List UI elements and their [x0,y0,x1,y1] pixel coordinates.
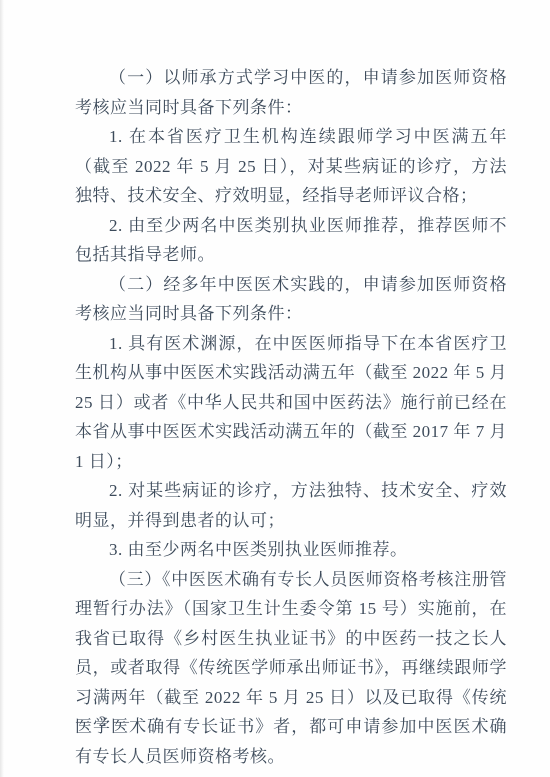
document-page: （一）以师承方式学习中医的，申请参加医师资格考核应当同时具备下列条件： 1. 在… [0,0,550,777]
document-body: （一）以师承方式学习中医的，申请参加医师资格考核应当同时具备下列条件： 1. 在… [75,63,507,771]
paragraph-item-2-practice: （二）经多年中医医术实践的，申请参加医师资格考核应当同时具备下列条件： [75,270,507,329]
page-number: — 2 — [76,708,131,737]
scan-edge-artifact [0,0,4,777]
paragraph-item-1-condition-2: 2. 由至少两名中医类别执业医师推荐，推荐医师不包括其指导老师。 [75,211,507,270]
paragraph-item-3-interim-measures: （三）《中医医术确有专长人员医师资格考核注册管理暂行办法》（国家卫生计生委令第 … [75,565,507,772]
paragraph-item-1-shicheng: （一）以师承方式学习中医的，申请参加医师资格考核应当同时具备下列条件： [75,63,507,122]
paragraph-item-1-condition-1: 1. 在本省医疗卫生机构连续跟师学习中医满五年（截至 2022 年 5 月 25… [75,122,507,211]
paragraph-item-2-condition-3: 3. 由至少两名中医类别执业医师推荐。 [75,535,507,565]
paragraph-item-2-condition-1: 1. 具有医术渊源，在中医医师指导下在本省医疗卫生机构从事中医医术实践活动满五年… [75,329,507,477]
paragraph-item-2-condition-2: 2. 对某些病证的诊疗，方法独特、技术安全、疗效明显，并得到患者的认可； [75,476,507,535]
